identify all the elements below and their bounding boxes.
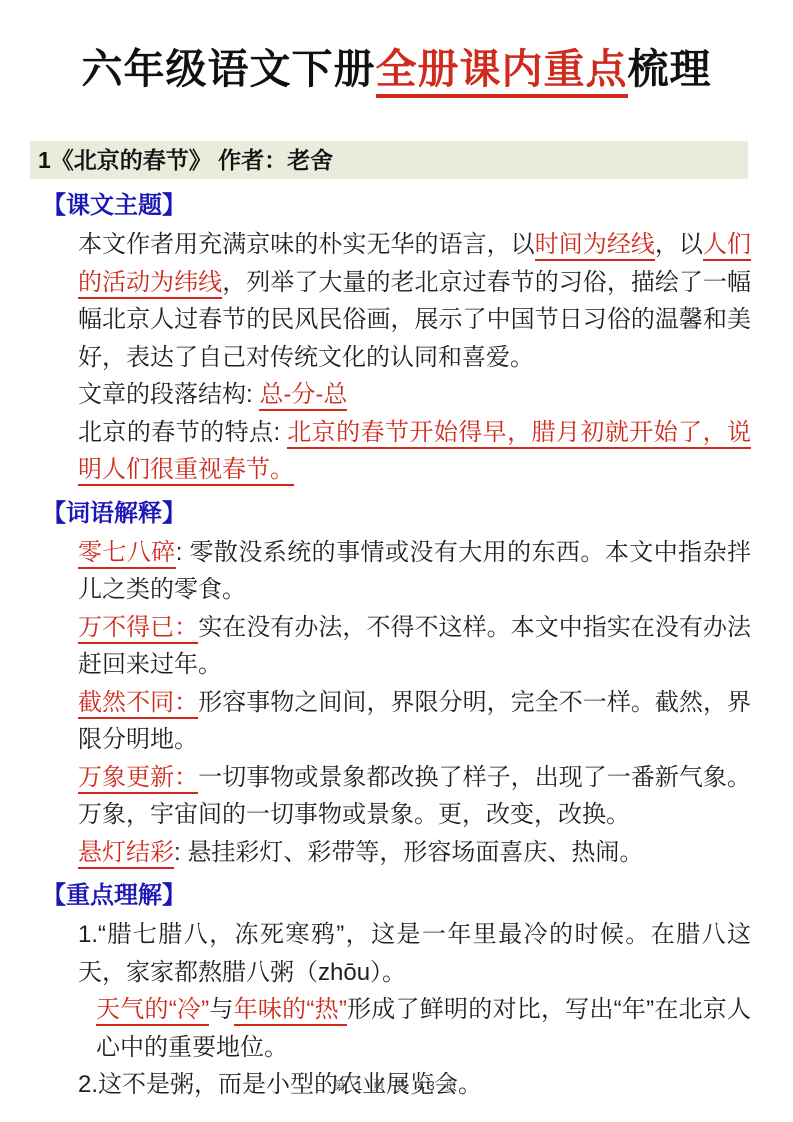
text-run: 文章的段落结构: — [78, 381, 259, 408]
section-heading: 【词语解释】 — [42, 495, 751, 532]
paragraph: 截然不同：形容事物之间间，界限分明，完全不一样。截然，界限分明地。 — [78, 684, 751, 759]
page-title-highlight: 全册课内重点 — [376, 46, 628, 98]
text-run: ，以 — [655, 231, 703, 258]
highlighted-term: 万不得已： — [78, 614, 198, 644]
paragraph: 1.“腊七腊八，冻死寒鸦”，这是一年里最冷的时候。在腊八这天，家家都熬腊八粥（z… — [78, 916, 751, 991]
lesson-section-header: 1《北京的春节》 作者：老舍 — [30, 141, 748, 179]
highlighted-term: 时间为经线 — [535, 231, 655, 261]
text-run: 本文作者用充满京味的朴实无华的语言，以 — [78, 231, 535, 258]
highlighted-term: 万象更新： — [78, 764, 198, 794]
paragraph: 文章的段落结构: 总-分-总 — [78, 376, 751, 414]
section-heading: 【重点理解】 — [42, 877, 751, 914]
highlighted-term: 总-分-总 — [259, 381, 347, 411]
paragraph: 万象更新：一切事物或景象都改换了样子，出现了一番新气象。万象，宇宙间的一切事物或… — [78, 759, 751, 834]
highlighted-term: 年味的“热” — [234, 996, 347, 1026]
highlighted-term: 截然不同： — [78, 689, 198, 719]
page-title-prefix: 六年级语文下册 — [82, 46, 376, 92]
text-run: : 零散没系统的事情或没有大用的东西。本文中指杂拌儿之类的零食。 — [78, 539, 751, 604]
highlighted-term: 悬灯结彩 — [78, 839, 174, 869]
highlighted-term: 天气的“冷” — [96, 996, 209, 1026]
document-page: 六年级语文下册全册课内重点梳理 1《北京的春节》 作者：老舍 【课文主题】本文作… — [0, 0, 793, 1122]
page-title: 六年级语文下册全册课内重点梳理 — [0, 0, 793, 95]
paragraph: 零七八碎: 零散没系统的事情或没有大用的东西。本文中指杂拌儿之类的零食。 — [78, 534, 751, 609]
page-number-footer: 第 1 页 共 43 页 — [0, 1075, 793, 1094]
paragraph: 悬灯结彩: 悬挂彩灯、彩带等，形容场面喜庆、热闹。 — [78, 834, 751, 872]
paragraph: 天气的“冷”与年味的“热”形成了鲜明的对比，写出“年”在北京人心中的重要地位。 — [96, 991, 751, 1066]
page-title-suffix: 梳理 — [628, 46, 712, 92]
text-run: 1.“腊七腊八，冻死寒鸦”，这是一年里最冷的时候。在腊八这天，家家都熬腊八粥（z… — [78, 921, 751, 986]
text-run: : 悬挂彩灯、彩带等，形容场面喜庆、热闹。 — [174, 839, 643, 866]
paragraph: 北京的春节的特点: 北京的春节开始得早，腊月初就开始了，说明人们很重视春节。 — [78, 414, 751, 489]
paragraph: 万不得已：实在没有办法，不得不这样。本文中指实在没有办法赶回来过年。 — [78, 609, 751, 684]
text-run: 与 — [209, 996, 233, 1023]
document-body: 【课文主题】本文作者用充满京味的朴实无华的语言，以时间为经线，以人们的活动为纬线… — [42, 187, 751, 1104]
paragraph: 本文作者用充满京味的朴实无华的语言，以时间为经线，以人们的活动为纬线，列举了大量… — [78, 226, 751, 376]
text-run: 北京的春节的特点: — [78, 419, 287, 446]
highlighted-term: 零七八碎 — [78, 539, 176, 569]
section-heading: 【课文主题】 — [42, 187, 751, 224]
